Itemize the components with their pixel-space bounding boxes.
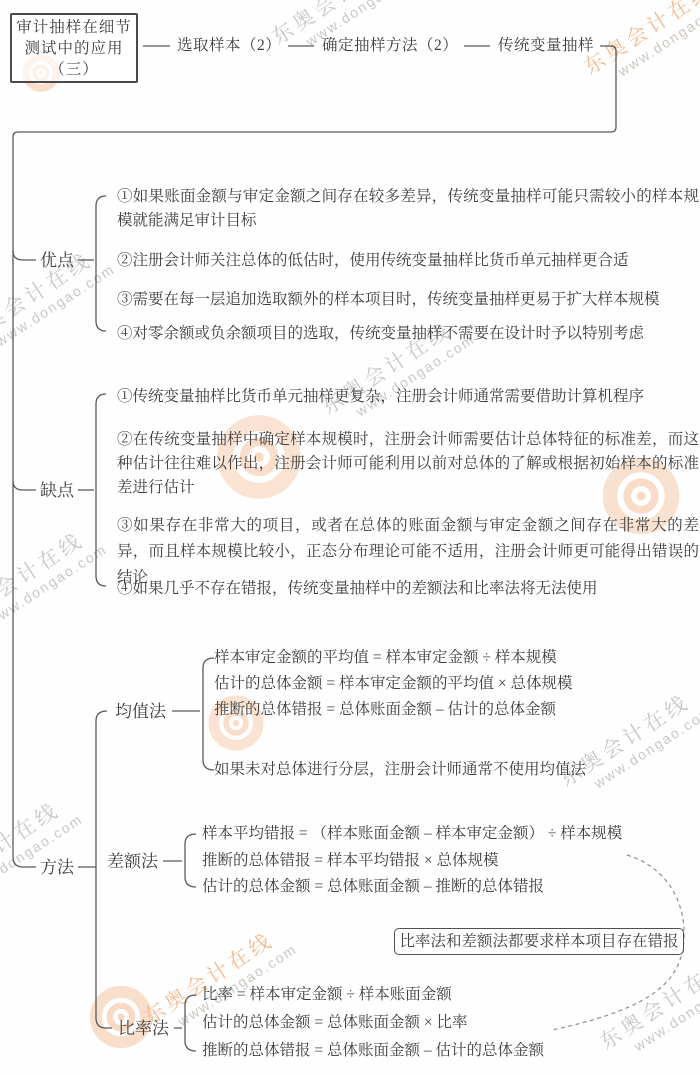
chain-node-determine-method: 确定抽样方法（2） [322, 37, 458, 55]
watermark-site-url: www.dongao.com [0, 811, 86, 900]
formula: 估计的总体金额 = 总体账面金额 – 推断的总体错报 [202, 878, 544, 896]
formula: 估计的总体金额 = 总体账面金额 × 比率 [202, 1014, 467, 1032]
watermark-site-url: www.dongao.com [0, 261, 118, 350]
watermark-site-name: 东奥会计在线 [0, 790, 77, 900]
formula: 比率 = 样本审定金额 ÷ 样本账面金额 [202, 986, 452, 1004]
title-line: 审计抽样在细节 [16, 17, 132, 38]
site-watermark: 东奥会计在线 www.dongao.com [580, 0, 700, 94]
brace [96, 196, 106, 331]
watermark-site-url: www.dongao.com [631, 966, 700, 1055]
mindmap-page: 东奥会计在线 www.dongao.com 东奥会计在线 www.dongao.… [0, 0, 700, 1076]
chain-node-traditional-variables: 传统变量抽样 [498, 37, 594, 55]
site-watermark: 东奥会计在线 www.dongao.com [556, 682, 700, 805]
branch-label-disadvantages: 缺点 [40, 480, 74, 501]
brace [185, 995, 196, 1051]
dongao-logo-watermark-icon [86, 982, 156, 1052]
brace [203, 658, 214, 770]
title-line: 测试中的应用 [24, 38, 123, 59]
watermark-site-name: 东奥会计在线 [580, 0, 700, 80]
method-label-difference: 差额法 [107, 851, 158, 872]
branch-label-advantages: 优点 [40, 250, 74, 271]
brace [185, 834, 196, 887]
site-watermark: 东奥会计在线 www.dongao.com [0, 790, 86, 913]
watermark-site-name: 东奥会计在线 [0, 520, 101, 630]
advantage-item: ④对零余额或负余额项目的选取，传统变量抽样不需要在设计时予以特别考虑 [117, 322, 699, 346]
disadvantage-item: ②在传统变量抽样中确定样本规模时，注册会计师需要估计总体特征的标准差，而这种估计… [117, 428, 699, 500]
disadvantage-item: ④如果几乎不存在错报，传统变量抽样中的差额法和比率法将无法使用 [117, 577, 699, 601]
brace [96, 394, 106, 586]
formula: 推断的总体错报 = 总体账面金额 – 估计的总体金额 [202, 1042, 544, 1060]
callout-box: 比率法和差额法都要求样本项目存在错报 [394, 928, 684, 955]
disadvantage-item: ①传统变量抽样比货币单元抽样更复杂，注册会计师通常需要借助计算机程序 [117, 385, 699, 409]
method-label-mean: 均值法 [115, 701, 166, 722]
advantage-item: ①如果账面金额与审定金额之间存在较多差异，传统变量抽样可能只需较小的样本规模就能… [117, 185, 699, 233]
branch-hook [13, 251, 36, 260]
advantage-item: ③需要在每一层追加选取额外的样本项目时，传统变量抽样更易于扩大样本规模 [117, 288, 699, 312]
method-label-ratio: 比率法 [118, 1018, 169, 1039]
formula: 样本平均错报 = （样本账面金额 – 样本审定金额） ÷ 样本规模 [202, 825, 622, 843]
site-watermark: 东奥会计在线 www.dongao.com [0, 520, 110, 643]
method-note: 如果未对总体进行分层，注册会计师通常不使用均值法 [214, 761, 586, 779]
watermark-site-url: www.dongao.com [0, 541, 110, 630]
title-line: （三） [49, 59, 99, 80]
formula: 估计的总体金额 = 样本审定金额的平均值 × 总体规模 [214, 675, 573, 693]
advantage-item: ②注册会计师关注总体的低估时，使用传统变量抽样比货币单元抽样更合适 [117, 249, 699, 273]
title-box: 审计抽样在细节 测试中的应用 （三） [10, 13, 138, 83]
site-watermark: 东奥会计在线 www.dongao.com [596, 945, 700, 1068]
branch-hook [13, 481, 36, 490]
formula: 推断的总体错报 = 样本平均错报 × 总体规模 [202, 852, 498, 870]
branch-label-methods: 方法 [40, 857, 74, 878]
chain-node-select-sample: 选取样本（2） [177, 37, 281, 55]
watermark-site-url: www.dongao.com [615, 0, 700, 79]
formula: 推断的总体错报 = 总体账面金额 – 估计的总体金额 [214, 701, 556, 719]
watermark-site-name: 东奥会计在线 [596, 945, 700, 1055]
formula: 样本审定金额的平均值 = 样本审定金额 ÷ 样本规模 [214, 649, 557, 667]
watermark-site-url: www.dongao.com [591, 703, 700, 792]
